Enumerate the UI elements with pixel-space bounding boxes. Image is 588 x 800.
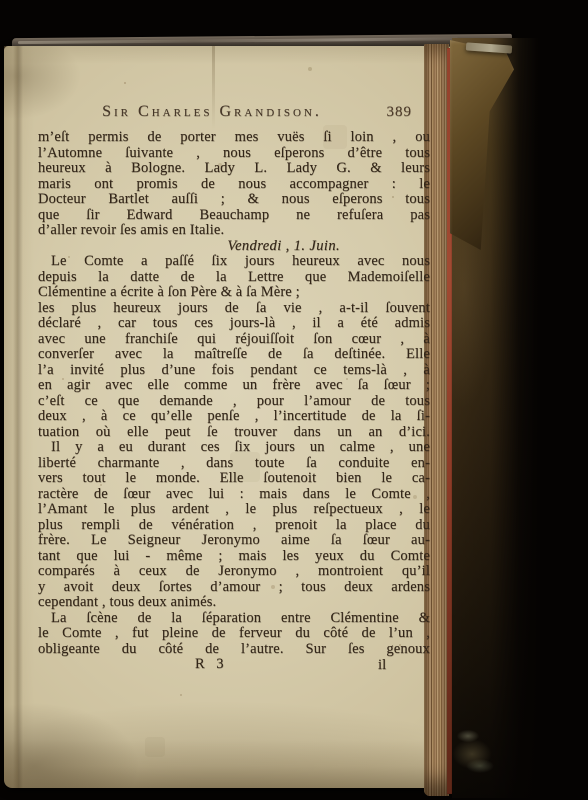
text-line: Docteur Bartlet auſſi ; & nous eſperons …	[38, 192, 430, 208]
text-line: y avoit deux ſortes d’amour ; tous deux …	[38, 580, 430, 596]
text-line: m’eſt permis de porter mes vuës ſi loin …	[38, 130, 430, 146]
text-line: La ſcène de la ſéparation entre Clémenti…	[38, 611, 430, 627]
text-line: converſer avec la maîtreſſe de ſa deſtin…	[38, 347, 430, 363]
text-line: que ſir Edward Beauchamp ne refuſera pas	[38, 208, 430, 224]
book-photo: Sir Charles Grandison. 389 m’eſt permis …	[0, 0, 588, 800]
text-line: avec une franchiſe qui réjouiſſoit ſon c…	[38, 332, 430, 348]
text-line: le Comte , fut pleine de ferveur du côté…	[38, 626, 430, 642]
text-line: frère. Le Seigneur Jeronymo aime ſa ſœur…	[38, 533, 430, 549]
text-line: obligeante du côté de l’autre. Sur ſes g…	[38, 642, 430, 658]
text-line: les plus heureux jours de ſa vie , a-t-i…	[38, 301, 430, 317]
page-gutter-fold	[13, 46, 23, 788]
text-line: d’aller revoir ſes amis en Italie.	[38, 223, 430, 239]
text-line: liberté charmante , dans toute ſa condui…	[38, 456, 430, 472]
text-line: depuis la datte de la Lettre que Mademoi…	[38, 270, 430, 286]
top-edge-glint	[18, 37, 458, 44]
text-line: plus rempli de vénération , prenoit la p…	[38, 518, 430, 534]
signature-mark: R 3	[195, 657, 228, 673]
text-line: c’eſt ce que demande , pour l’amour de t…	[38, 394, 430, 410]
text-line: tuation où elle peut ſe trouver dans un …	[38, 425, 430, 441]
text-line: Le Comte a paſſé ſix jours heureux avec …	[38, 254, 430, 270]
text-line: vers tout le monde. Elle ſoutenoit bien …	[38, 471, 430, 487]
text-line: l’Automne ſuivante , nous eſperons d’êtr…	[38, 146, 430, 162]
text-line: Clémentine a écrite à ſon Père & à ſa Mè…	[38, 285, 430, 301]
page-number: 389	[387, 105, 413, 121]
text-line: tant que lui - même ; mais les yeux du C…	[38, 549, 430, 565]
body-text: m’eſt permis de porter mes vuës ſi loin …	[38, 130, 430, 657]
running-title: Sir Charles Grandison.	[38, 104, 430, 120]
text-line: cependant , tous deux animés.	[38, 595, 430, 611]
text-line: l’Amant le plus ardent , le plus reſpect…	[38, 502, 430, 518]
paper-speckles	[4, 46, 6, 48]
running-head: Sir Charles Grandison. 389	[38, 104, 430, 126]
text-line: comparés à ceux de Jeronymo , montroient…	[38, 564, 430, 580]
dateline: Vendredi , 1. Juin.	[38, 239, 430, 255]
text-line: déclaré , car tous ces jours-là , il a é…	[38, 316, 430, 332]
text-line: maris ont promis de nous accompagner : l…	[38, 177, 430, 193]
page-text-block: Sir Charles Grandison. 389 m’eſt permis …	[38, 104, 430, 673]
text-line: heureux à Bologne. Lady L. Lady G. & leu…	[38, 161, 430, 177]
text-line: deux , à ce qu’elle penſe , l’incertitud…	[38, 409, 430, 425]
catchword: il	[378, 658, 386, 674]
signature-line: R 3 il	[38, 657, 430, 673]
text-line: l’a invité plus d’une fois pendant ce te…	[38, 363, 430, 379]
cover-corner-fragment	[450, 718, 502, 796]
text-line: ractère de ſœur avec lui : mais dans le …	[38, 487, 430, 503]
text-line: en agir avec elle comme un frère avec ſa…	[38, 378, 430, 394]
text-line: Il y a eu durant ces ſix jours un calme …	[38, 440, 430, 456]
